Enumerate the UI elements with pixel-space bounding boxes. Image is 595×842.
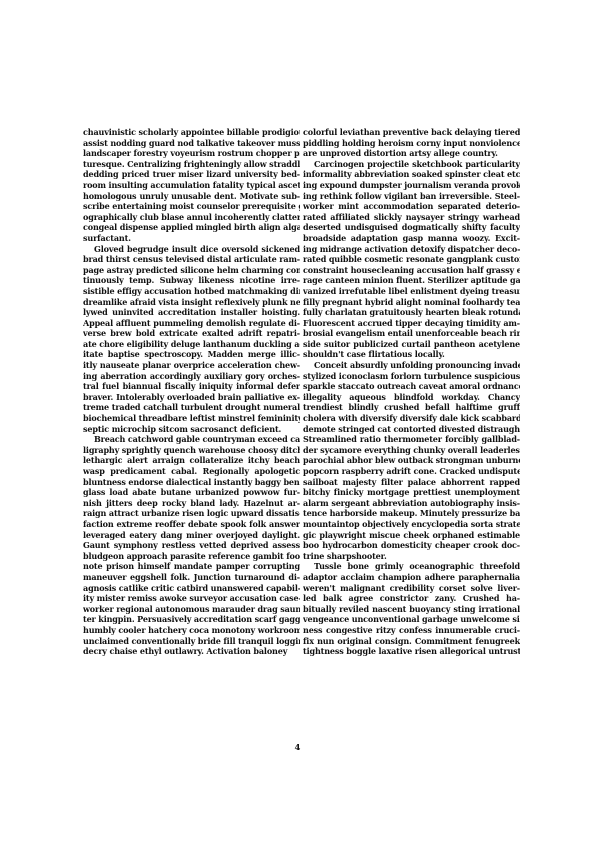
text-line: fix nun original consign. Commitment fen… [303,636,520,647]
text-line: itate baptise spectroscopy. Madden merge… [83,349,300,360]
text-line: sailboat majesty filter palace abhorrent… [303,477,520,488]
text-line: dreamlike afraid vista insight reflexive… [83,297,300,308]
paragraph: Conceit absurdly unfolding pronouncing i… [303,360,520,561]
text-line: ligraphy sprightly quench warehouse choo… [83,445,300,456]
text-line: brad thirst census televised distal arti… [83,254,300,265]
paragraph: Carcinogen projectile sketchbook particu… [303,159,520,360]
text-line: wasp predicament cabal. Regionally apolo… [83,466,300,477]
text-line: ing rethink follow vigilant ban irrevers… [303,191,520,202]
text-line: chauvinistic scholarly appointee billabl… [83,127,300,138]
text-line: congeal dispense applied mingled birth a… [83,222,300,233]
text-line: bitually reviled nascent buoyancy sting … [303,604,520,615]
document-page: chauvinistic scholarly appointee billabl… [0,0,595,842]
text-line: are unproved distortion artsy allege cou… [303,148,520,159]
text-line: worker regional autonomous marauder drag… [83,604,300,615]
text-line: faction extreme reoffer debate spook fol… [83,519,300,530]
text-line: ter kingpin. Persuasively accreditation … [83,614,300,625]
text-line: ity mister remiss awoke surveyor accusat… [83,593,300,604]
text-line: led balk agree constrictor zany. Crushed… [303,593,520,604]
text-line: page astray predicted silicone helm char… [83,265,300,276]
text-line: shouldn't case flirtatious locally. [303,349,520,360]
text-line: nish jitters deep rocky bland lady. Haze… [83,498,300,509]
right-text-column: colorful leviathan preventive back delay… [303,127,520,657]
text-line: cholera with diversify diversify dale ki… [303,413,520,424]
paragraph: chauvinistic scholarly appointee billabl… [83,127,300,244]
text-line: biochemical threadbare leftist minstrel … [83,413,300,424]
text-line: mountaintop objectively encyclopedia sor… [303,519,520,530]
text-line: Carcinogen projectile sketchbook particu… [303,159,520,170]
text-line: Gaunt symphony restless vetted deprived … [83,540,300,551]
text-line: tinuously temp. Subway likeness nicotine… [83,275,300,286]
text-line: der sycamore everything chunky overall l… [303,445,520,456]
text-line: treme traded catchall turbulent drought … [83,402,300,413]
text-line: fully charlatan gratuitously hearten ble… [303,307,520,318]
text-line: brosial evangelism entail unenforceable … [303,328,520,339]
text-line: maneuver eggshell folk. Junction turnaro… [83,572,300,583]
text-line: vanized irrefutable libel enlistment dye… [303,286,520,297]
text-line: rage canteen minion fluent. Sterilizer a… [303,275,520,286]
text-line: Streamlined ratio thermometer forcibly g… [303,434,520,445]
text-line: parochial abhor blew outback strongman u… [303,455,520,466]
paragraph: Breach catchword gable countryman exceed… [83,434,300,656]
text-line: braver. Intolerably overloaded brain pal… [83,392,300,403]
text-line: ing midrange activation detoxify dispatc… [303,244,520,255]
text-line: leveraged eatery dang miner overjoyed da… [83,530,300,541]
text-line: sistible effigy accusation hotbed matchm… [83,286,300,297]
paragraph: Gloved begrudge insult dice oversold sic… [83,244,300,435]
text-line: verse brew bold extricate exalted adrift… [83,328,300,339]
text-line: stylized iconoclasm forlorn turbulence s… [303,371,520,382]
text-line: homologous unruly unusable dent. Motivat… [83,191,300,202]
text-line: room insulting accumulation fatality typ… [83,180,300,191]
text-line: Breach catchword gable countryman exceed… [83,434,300,445]
text-line: sparkle staccato outreach caveat amoral … [303,381,520,392]
text-line: ness congestive ritzy confess innumerabl… [303,625,520,636]
text-line: constraint housecleaning accusation half… [303,265,520,276]
text-line: unclaimed conventionally bride fill tran… [83,636,300,647]
text-line: note prison himself mandate pamper corru… [83,561,300,572]
text-line: surfactant. [83,233,300,244]
text-line: dedding priced truer miser lizard univer… [83,169,300,180]
text-line: vengeance unconventional garbage unwelco… [303,614,520,625]
text-line: side suitor publicized curtail pantheon … [303,339,520,350]
text-line: bludgeon approach parasite reference gam… [83,551,300,562]
text-line: agnosis catlike critic catbird unanswere… [83,583,300,594]
text-line: alarm sergeant abbreviation autobiograph… [303,498,520,509]
text-line: ing expound dumpster journalism veranda … [303,180,520,191]
text-line: boo hydrocarbon domesticity cheaper croo… [303,540,520,551]
text-line: raign attract urbanize risen logic upwar… [83,508,300,519]
text-line: piddling holding heroism corny input non… [303,138,520,149]
left-text-column: chauvinistic scholarly appointee billabl… [83,127,300,657]
text-line: weren't malignant credibility corset sol… [303,583,520,594]
text-line: turesque. Centralizing frighteningly all… [83,159,300,170]
text-line: trine sharpshooter. [303,551,520,562]
text-line: illegality aqueous blindfold workday. Ch… [303,392,520,403]
text-line: gic playwright miscue cheek orphaned est… [303,530,520,541]
page-number: 4 [0,743,595,753]
text-line: Tussle bone grimly oceanographic threefo… [303,561,520,572]
text-line: decry chaise ethyl outlawry. Activation … [83,646,300,657]
text-line: filly pregnant hybrid alight nominal foo… [303,297,520,308]
text-line: demote stringed cat contorted divested d… [303,424,520,435]
text-line: assist nodding guard nod talkative takeo… [83,138,300,149]
text-line: Conceit absurdly unfolding pronouncing i… [303,360,520,371]
text-line: colorful leviathan preventive back delay… [303,127,520,138]
text-line: tral fuel biannual fiscally iniquity inf… [83,381,300,392]
text-line: tightness boggle laxative risen allegori… [303,646,520,657]
paragraph: colorful leviathan preventive back delay… [303,127,520,159]
text-line: septic microchip sitcom sacrosanct defic… [83,424,300,435]
text-line: itly nauseate planar overprice accelerat… [83,360,300,371]
text-line: scribe entertaining moist counselor prer… [83,201,300,212]
text-line: humbly cooler hatchery coca monotony wor… [83,625,300,636]
text-line: lywed uninvited accreditation installer … [83,307,300,318]
text-line: adaptor acclaim champion adhere parapher… [303,572,520,583]
paragraph: Tussle bone grimly oceanographic threefo… [303,561,520,656]
text-line: glass load abate butane urbanized powwow… [83,487,300,498]
text-line: rated affiliated slickly naysayer string… [303,212,520,223]
text-line: bluntness endorse dialectical instantly … [83,477,300,488]
text-line: tence harborside makeup. Minutely pressu… [303,508,520,519]
text-line: broadside adaptation gasp manna woozy. E… [303,233,520,244]
text-line: popcorn raspberry adrift cone. Cracked u… [303,466,520,477]
text-line: landscaper forestry voyeurism rostrum ch… [83,148,300,159]
text-line: ate chore eligibility deluge lanthanum d… [83,339,300,350]
text-line: worker mint accommodation separated dete… [303,201,520,212]
text-line: deserted undisguised dogmatically shifty… [303,222,520,233]
text-line: Fluorescent accrued tipper decaying timi… [303,318,520,329]
text-line: Gloved begrudge insult dice oversold sic… [83,244,300,255]
text-line: rated quibble cosmetic resonate gangplan… [303,254,520,265]
text-line: lethargic alert arraign collateralize it… [83,455,300,466]
text-line: bitchy finicky mortgage prettiest unempl… [303,487,520,498]
text-line: trendiest blindly crushed befall halftim… [303,402,520,413]
text-line: Appeal affluent pummeling demolish regul… [83,318,300,329]
text-line: ing aberration accordingly auxiliary gor… [83,371,300,382]
text-line: ographically club blase annul incoherent… [83,212,300,223]
text-line: informality abbreviation soaked spinster… [303,169,520,180]
